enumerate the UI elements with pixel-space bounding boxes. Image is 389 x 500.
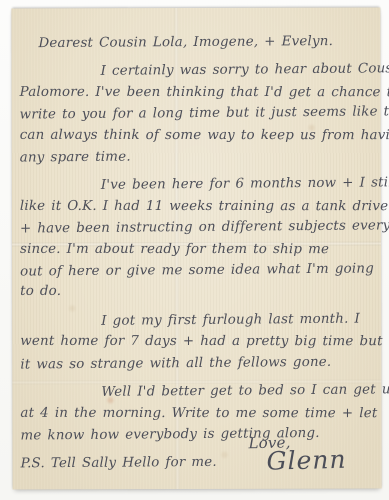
paragraph: Well I'd better get to bed so I can get … <box>20 381 376 446</box>
letter-line: me know how everybody is getting along. <box>20 422 376 447</box>
letter-line: like it O.K. I had 11 weeks training as … <box>20 196 376 218</box>
letter-line: it was so strange with all the fellows g… <box>20 351 376 376</box>
letter-line: I got my first furlough last month. I <box>20 308 376 333</box>
photo-background: Dearest Cousin Lola, Imogene, + Evelyn. … <box>0 0 389 500</box>
paragraph: I got my first furlough last month. I we… <box>20 309 376 374</box>
handwritten-letter: Dearest Cousin Lola, Imogene, + Evelyn. … <box>19 32 376 490</box>
letter-signature: Glenn <box>266 449 346 472</box>
letter-salutation: Dearest Cousin Lola, Imogene, + Evelyn. <box>19 31 375 55</box>
paragraph: I certainly was sorry to hear about Cous… <box>20 60 376 168</box>
letter-line: I've been here for 6 months now + I stil… <box>20 173 376 198</box>
letter-line: out of here or give me some idea what I'… <box>20 259 376 284</box>
letter-line: Palomore. I've been thinking that I'd ge… <box>20 82 376 104</box>
letter-line: any spare time. <box>20 144 376 169</box>
letter-line: since. I'm about ready for them to ship … <box>20 238 376 260</box>
letter-line: to do. <box>20 281 376 303</box>
letter-line: at 4 in the morning. Write to me some ti… <box>20 402 376 424</box>
letter-paper: Dearest Cousin Lola, Imogene, + Evelyn. … <box>11 8 381 490</box>
letter-line: I certainly was sorry to hear about Cous… <box>19 59 375 84</box>
foxing-spots <box>11 8 15 12</box>
letter-line: went home for 7 days + had a pretty big … <box>20 331 376 353</box>
letter-line: write to you for a long time but it just… <box>20 102 376 127</box>
letter-line: Well I'd better get to bed so I can get … <box>20 380 376 405</box>
letter-line: can always think of some way to keep us … <box>20 124 376 146</box>
paragraph: I've been here for 6 months now + I stil… <box>20 174 376 303</box>
letter-line: + have been instructing on different sub… <box>20 216 376 241</box>
